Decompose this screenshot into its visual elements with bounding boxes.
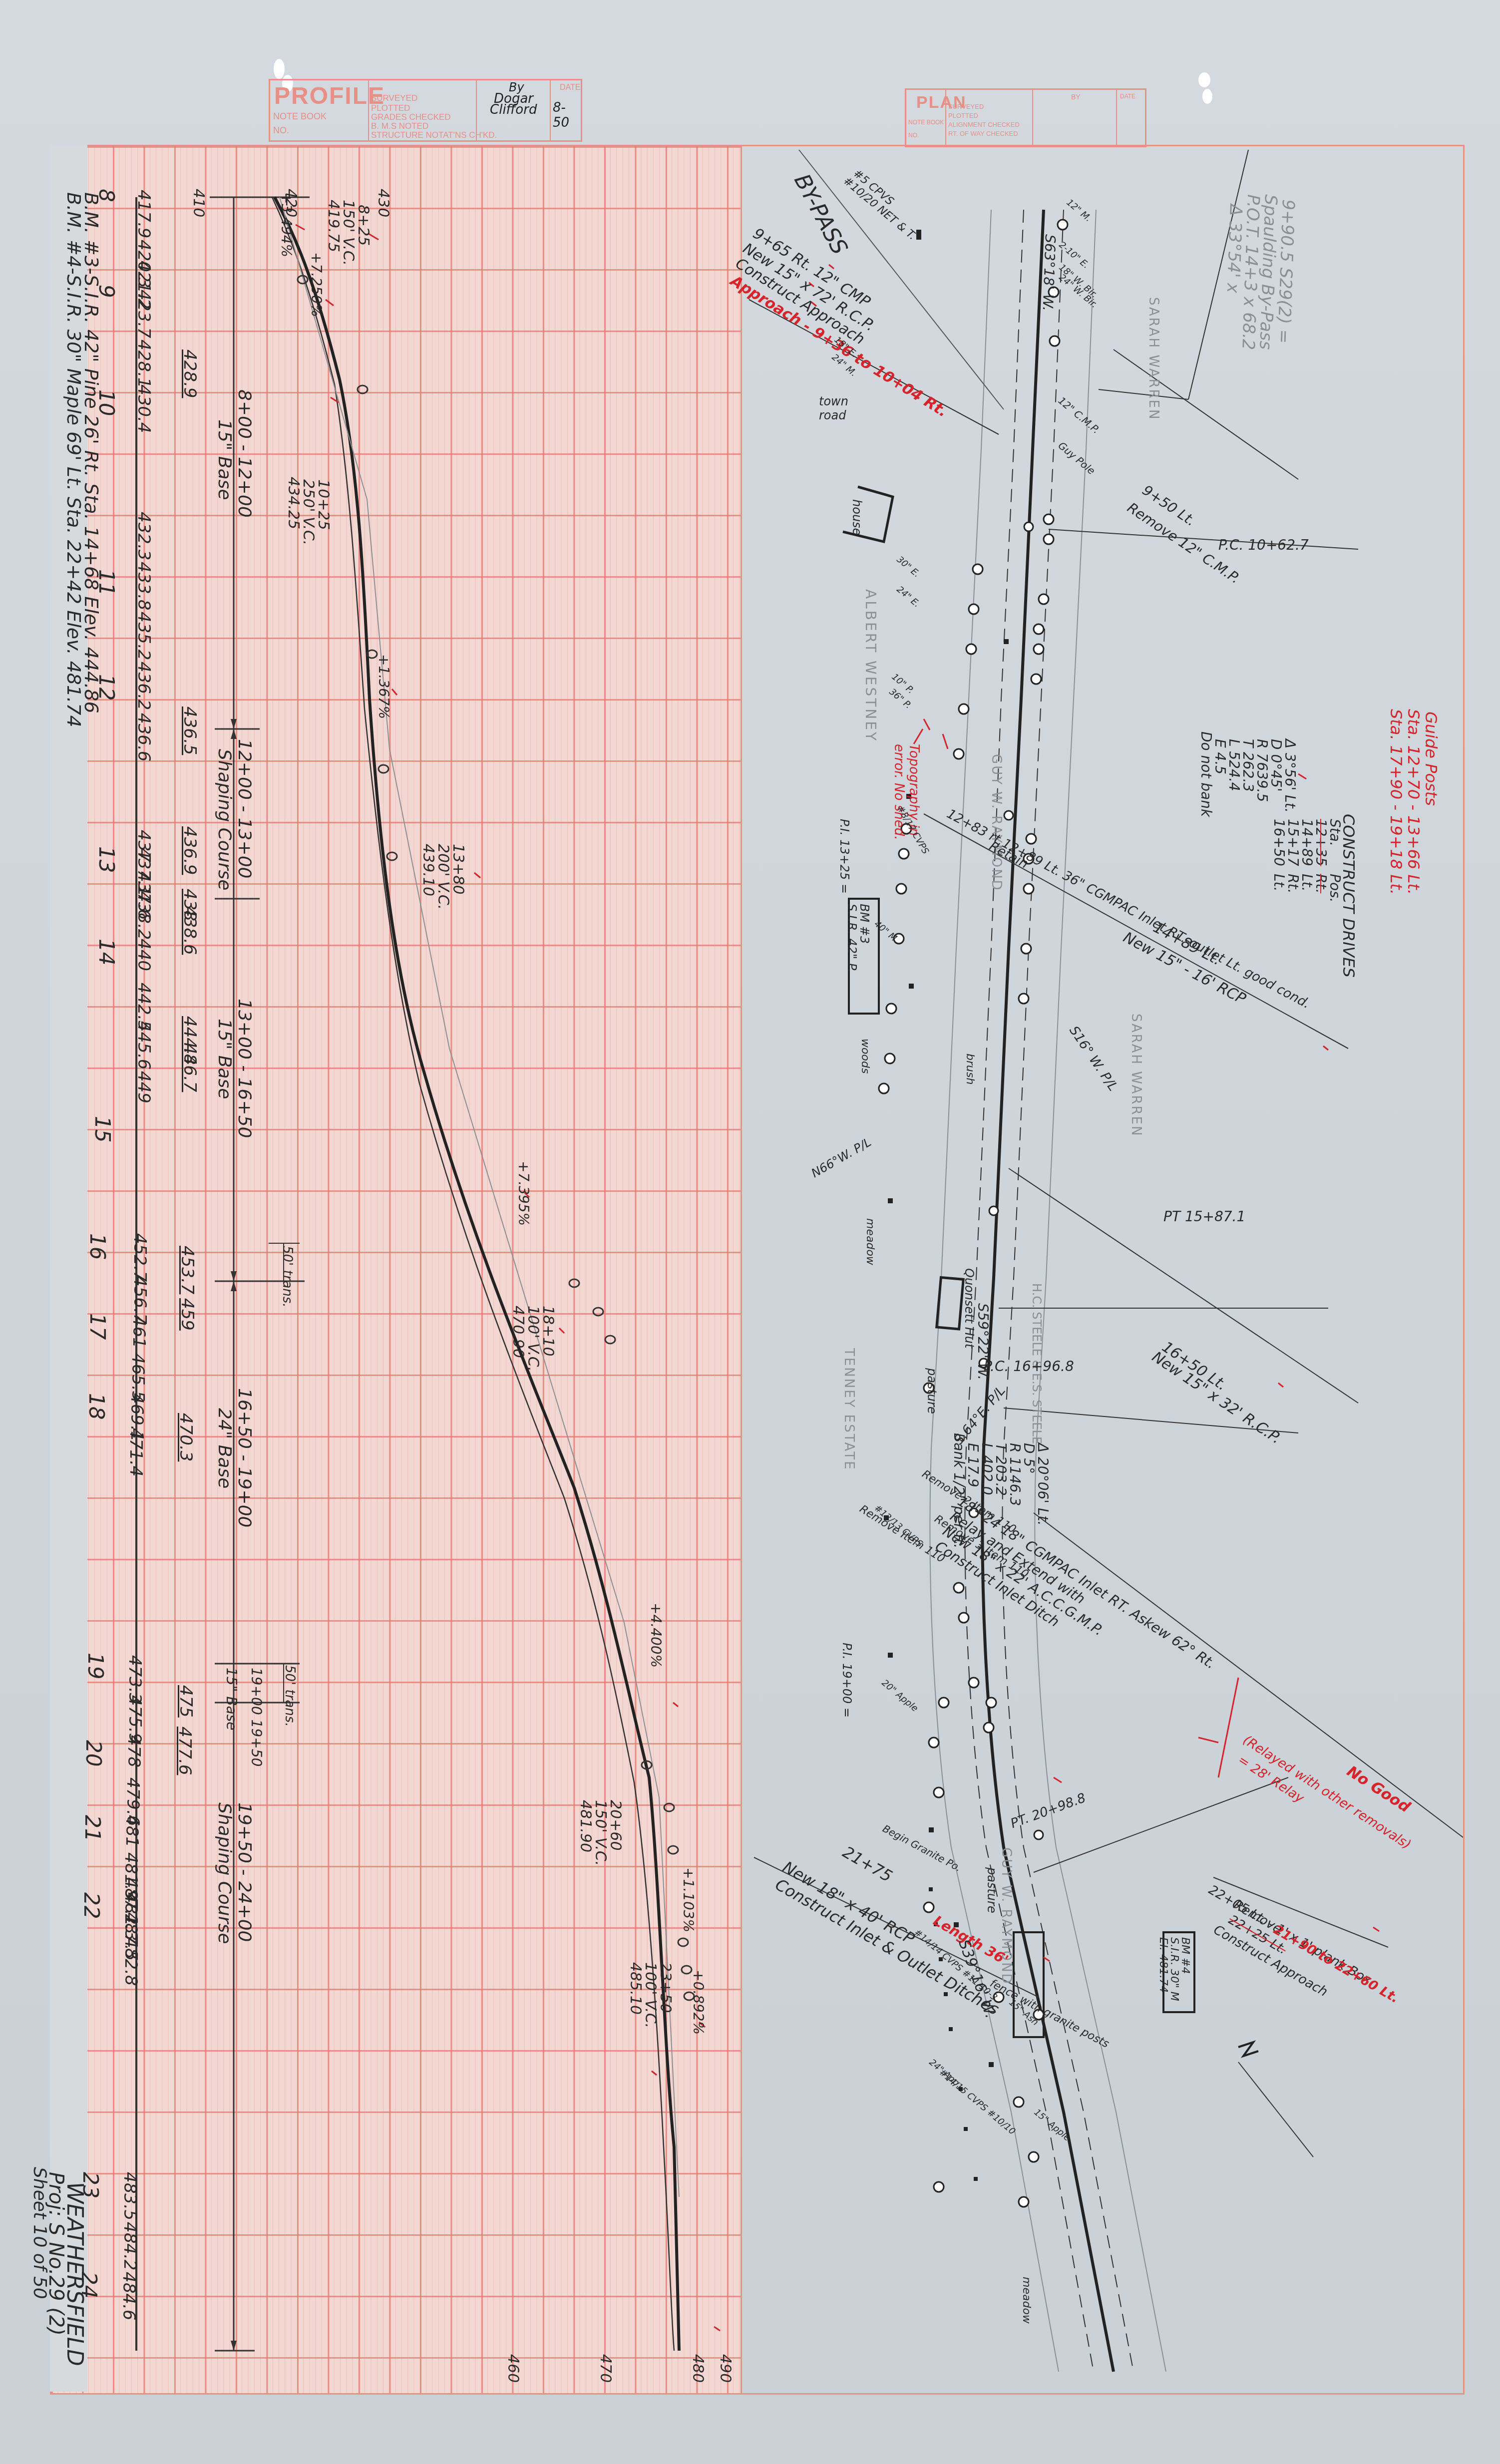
station-17: 17 xyxy=(85,1313,110,1340)
owner-tenney: TENNEY ESTATE xyxy=(841,1348,856,1471)
grade-elevation: 459 xyxy=(177,1298,197,1331)
grade-percent: +1.367% xyxy=(375,654,392,719)
grade-elevation: 436.5 xyxy=(180,706,200,755)
elevation-label: 461 xyxy=(129,1316,149,1348)
vc-elev: 485.10 xyxy=(627,1962,644,2015)
elevation-label: 440 xyxy=(134,939,154,971)
transition-label: 50' trans. xyxy=(282,1665,297,1727)
drive-row-sta: 16+50 xyxy=(1271,819,1287,866)
grade-elevation: 470.3 xyxy=(176,1413,196,1461)
vc-length: 100' V.C. xyxy=(642,1962,659,2028)
elevation-label: 435.2 xyxy=(134,612,154,660)
vc-elev: 470.90 xyxy=(509,1306,527,1358)
elevation-label: 436.2 xyxy=(134,662,154,710)
sheet-number: Sheet 10 of 50 xyxy=(29,2167,50,2299)
grade-elevation: 438.6 xyxy=(180,906,200,955)
station-10: 10 xyxy=(94,389,119,416)
benchmark-4: B.M. #4-S.I.R. 30" Maple 69' Lt. Sta. 22… xyxy=(63,192,85,727)
station-13: 13 xyxy=(94,846,119,873)
elevation-label: 471.4 xyxy=(126,1428,146,1476)
vc-length: 100' V.C. xyxy=(524,1306,542,1372)
vc-length: 150' V.C. xyxy=(592,1800,609,1866)
grade-percent: +1.103% xyxy=(680,1867,697,1932)
station-20: 20 xyxy=(81,1740,106,1766)
land-use-woods: woods xyxy=(859,1039,871,1073)
bearing-1: S63°18' W. xyxy=(1040,234,1059,312)
station-21: 21 xyxy=(80,1815,105,1841)
grade-elevation: 436.9 xyxy=(180,826,200,875)
elevation-label: 436.6 xyxy=(134,713,154,761)
elevation-tick: 410 xyxy=(190,189,207,217)
section-range: 8+00 - 12+00 xyxy=(234,389,255,518)
station-18: 18 xyxy=(84,1393,109,1419)
grade-percent: +7.250% xyxy=(308,252,325,317)
transition-label: 50' trans. xyxy=(280,1246,295,1308)
station-16: 16 xyxy=(85,1233,110,1260)
owner-guy-raymond-1: GUY W. RAYMOND xyxy=(989,754,1004,892)
bypass-calc-4: Δ 33°54' x xyxy=(1223,204,1246,294)
station-11: 11 xyxy=(94,569,119,596)
station-15: 15 xyxy=(90,1116,115,1142)
elevation-label: 445.6 xyxy=(134,1021,154,1069)
curve1-note: Do not bank xyxy=(1198,731,1214,817)
guide-posts-title: Guide Posts xyxy=(1422,711,1441,806)
land-use-pasture-1: pasture xyxy=(925,1368,939,1414)
section-type: 15" Base xyxy=(214,419,235,500)
elevation-label: 428.1 xyxy=(134,340,154,388)
guide-posts-2: Sta. 17+90 - 19+18 Lt. xyxy=(1387,709,1406,895)
grade-percent: +0.892% xyxy=(690,1970,707,2035)
vc-elev: 419.75 xyxy=(325,200,342,252)
elevation-tick: 430 xyxy=(375,189,392,217)
vc-elev: 439.10 xyxy=(419,844,437,896)
elevation-label: 481 xyxy=(122,1815,142,1847)
elevation-tick: 480 xyxy=(689,2354,707,2383)
guide-posts-1: Sta. 12+70 - 13+66 Lt. xyxy=(1404,709,1423,895)
section-type: 15" Base xyxy=(214,1019,235,1099)
grade-elevation: 428.9 xyxy=(180,350,200,398)
bm3-desc: S.I.R. 42" P. xyxy=(845,904,859,973)
grade-percent: +4.400% xyxy=(648,1603,664,1668)
station-12: 12 xyxy=(94,674,119,701)
plan-view xyxy=(739,145,1465,2395)
owner-albert-westney: ALBERT WESTNEY xyxy=(862,589,879,742)
elevation-tick: 470 xyxy=(597,2354,614,2383)
vc-station: 18+10 xyxy=(539,1306,557,1356)
section-type: Shaping Course xyxy=(214,749,235,890)
drive-row-pos: Lt. xyxy=(1271,874,1287,891)
section-range: 16+50 - 19+00 xyxy=(234,1388,255,1527)
town-road-top: town road xyxy=(819,394,859,422)
vc-elev: 434.25 xyxy=(285,477,302,529)
section-range: 19+00 19+50 xyxy=(248,1668,265,1766)
vc-elev: 481.90 xyxy=(577,1800,594,1852)
vc-length: 250' V.C. xyxy=(300,479,317,545)
elevation-label: 452.7 xyxy=(130,1233,150,1282)
drawing-sheet: PROFILE NOTE BOOK NO. SURVEYED PLOTTED G… xyxy=(0,0,1500,2464)
elevation-label: 417.9 xyxy=(134,190,154,238)
station-19: 19 xyxy=(83,1653,108,1679)
section-type: 24" Base xyxy=(214,1408,235,1488)
land-use-meadow-1: meadow xyxy=(864,1218,876,1265)
section-type: 15" Base xyxy=(223,1668,240,1731)
elevation-label: 482.8 xyxy=(121,1937,141,1986)
section-type: Shaping Course xyxy=(214,1802,235,1944)
house-label: house xyxy=(850,499,864,535)
elevation-label: 423.7 xyxy=(134,290,154,338)
bm4-elev: El. 481.74 xyxy=(1157,1937,1169,1993)
elevation-label: 484.6 xyxy=(119,2272,139,2320)
owner-sarah-warren-2: SARAH WARREN xyxy=(1128,1014,1143,1137)
section-range: 12+00 - 13+00 xyxy=(234,739,255,878)
elevation-tick: 490 xyxy=(717,2354,734,2383)
elevation-label: 433.8 xyxy=(134,562,154,610)
land-use-pasture-2: pasture xyxy=(985,1867,999,1913)
pc-10: P.C. 10+62.7 xyxy=(1218,537,1309,553)
elevation-label: 449 xyxy=(134,1071,154,1103)
section-range: 19+50 - 24+00 xyxy=(234,1802,255,1942)
station-14: 14 xyxy=(94,939,119,965)
grade-percent: +7.395% xyxy=(515,1161,532,1226)
grade-elevation: 477.6 xyxy=(175,1727,195,1775)
land-use-brush: brush xyxy=(964,1054,976,1084)
vc-station: 8+25 xyxy=(355,205,372,246)
quonset-label: Quonsett Hut xyxy=(962,1268,976,1348)
topography-error: Topography in error. No shed. xyxy=(891,744,921,869)
land-use-meadow-2: meadow xyxy=(1020,2277,1033,2324)
pt-15: PT 15+87.1 xyxy=(1163,1208,1245,1225)
station-9: 9 xyxy=(94,285,119,298)
station-8: 8 xyxy=(94,189,119,202)
pi-19: P.I. 19+00 = xyxy=(840,1643,854,1718)
vc-station: 13+80 xyxy=(449,844,467,894)
vc-station: 10+25 xyxy=(315,479,332,530)
owner-sarah-warren-1: SARAH WARREN xyxy=(1146,297,1161,420)
grade-elevation: 453.7 xyxy=(177,1246,197,1294)
elevation-label: 438.2 xyxy=(134,891,154,940)
vc-length: 200' V.C. xyxy=(434,844,452,910)
bm4-title: BM #4 xyxy=(1179,1937,1191,1974)
grade-percent: +3.494% xyxy=(278,192,295,257)
vc-length: 150' V.C. xyxy=(340,200,357,266)
elevation-label: 483.5 xyxy=(120,2172,140,2220)
grade-elevation: 475 xyxy=(176,1685,196,1718)
bm4-desc: S.I.R. 30" M xyxy=(1168,1937,1180,2001)
elevation-tick: 460 xyxy=(504,2354,522,2383)
station-22: 22 xyxy=(79,1892,104,1919)
elevation-label: 484.2 xyxy=(120,2222,140,2270)
elevation-label: 432.3 xyxy=(134,512,154,560)
bm3-title: BM #3 xyxy=(857,904,871,944)
elevation-label: 430.4 xyxy=(134,384,154,433)
vc-station: 23+50 xyxy=(657,1962,674,2013)
section-range: 13+00 - 16+50 xyxy=(234,999,255,1138)
grade-elevation: 446.7 xyxy=(180,1044,200,1092)
elevation-label: 478 xyxy=(124,1735,144,1767)
pi-13-25: P.I. 13+25 = xyxy=(837,819,851,894)
vc-station: 20+60 xyxy=(607,1800,624,1850)
pc-16: P.C. 16+96.8 xyxy=(984,1358,1074,1375)
